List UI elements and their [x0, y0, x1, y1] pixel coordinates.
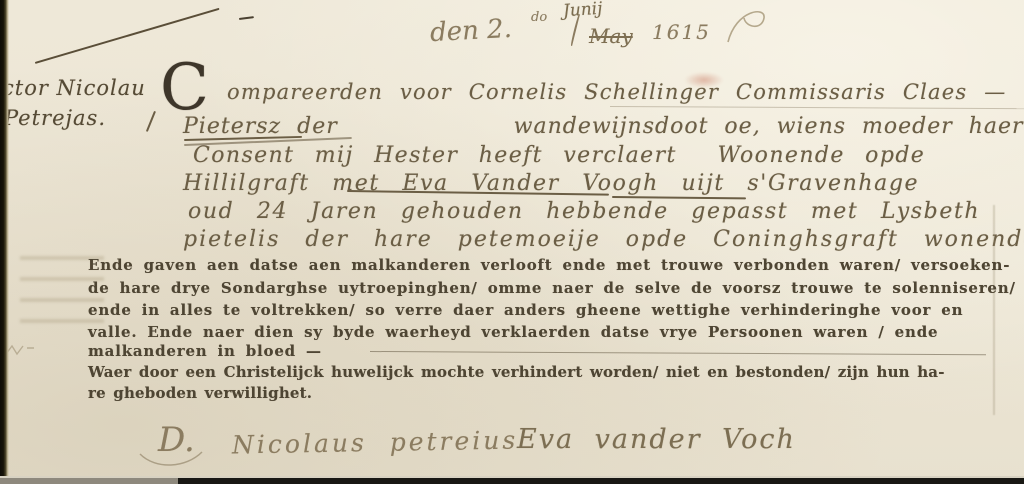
date-year: 1615 — [652, 20, 711, 44]
page-edge-bottom — [0, 478, 178, 484]
manuscript-page: ctor Nicolau Petrejas. den 2. do Junij M… — [0, 0, 1024, 484]
signature-prefix-swash — [138, 448, 204, 470]
pen-stroke-dash — [239, 16, 254, 20]
signature-groom: Nicolaus petreius — [232, 426, 519, 460]
fold-crease-vertical — [993, 205, 995, 415]
date-month-struck: May — [589, 24, 633, 48]
page-edge-bottom-dark — [178, 478, 1024, 484]
body-line: oud 24 Jaren gehouden hebbende gepasst m… — [188, 199, 980, 224]
date-lead: den 2. — [429, 14, 512, 48]
body-line: ompareerden voor Cornelis Schellinger Co… — [227, 80, 1006, 104]
body-line: Consent mij Hester heeft verclaert Woone… — [193, 143, 925, 168]
date-flourish — [722, 4, 774, 48]
page-edge-left — [0, 0, 9, 484]
date-month-inserted: Junij — [562, 0, 603, 21]
formula-line: malkanderen in bloed — — [88, 342, 322, 360]
formula-line: de hare drye Sondarghse uytroepinghen/ o… — [88, 279, 1016, 297]
drop-cap-initial: C — [160, 58, 209, 118]
closing-line: Waer door een Christelijck huwelijck moc… — [88, 363, 945, 381]
margin-note-line2: Petrejas. — [4, 106, 106, 130]
red-ink-smudge — [684, 72, 724, 88]
margin-note-flourish-stroke — [146, 111, 156, 132]
formula-line: valle. Ende naer dien sy byde waerheyd v… — [88, 323, 938, 341]
formula-line: Ende gaven aen datse aen malkanderen ver… — [88, 256, 1010, 274]
closing-line: re gheboden verwillighet. — [88, 384, 312, 402]
margin-scribble-mark — [4, 340, 38, 362]
margin-note-line1: ctor Nicolau — [2, 76, 146, 100]
signature-bride: Eva vander Voch — [517, 424, 796, 455]
formula-line: ende in alles te voltrekken/ so verre da… — [88, 301, 963, 319]
body-line: Pietersz der wandewijnsdoot oe, wiens mo… — [183, 114, 1024, 139]
date-ordinal-superscript: do — [531, 10, 547, 25]
ink-rule-after-formula — [370, 351, 986, 356]
body-line: pietelis der hare petemoeije opde Coning… — [183, 227, 1024, 252]
crease-line-upper — [610, 106, 1024, 109]
